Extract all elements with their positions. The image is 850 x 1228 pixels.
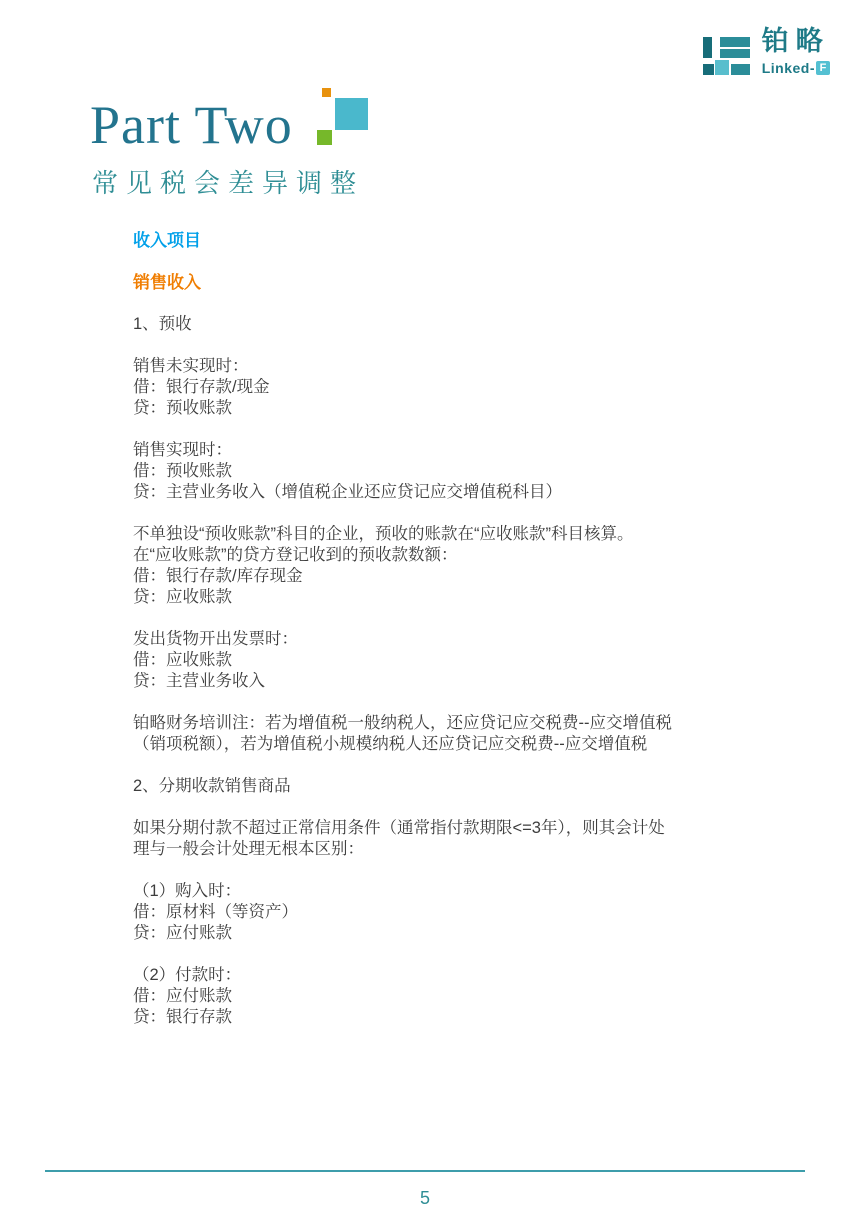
logo-shape [720, 37, 750, 47]
text-line: 如果分期付款不超过正常信用条件（通常指付款期限<=3年），则其会计处 [133, 818, 793, 839]
logo-shape [720, 49, 750, 58]
text-line: 贷：应收账款 [133, 587, 793, 608]
text-line: 销售未实现时： [133, 356, 793, 377]
section-heading: 销售收入 [133, 272, 793, 293]
document-body: 收入项目销售收入1、预收销售未实现时：借：银行存款/现金贷：预收账款销售实现时：… [133, 230, 793, 1049]
paragraph: 销售实现时：借：预收账款贷：主营业务收入（增值税企业还应贷记应交增值税科目） [133, 440, 793, 503]
paragraph: 如果分期付款不超过正常信用条件（通常指付款期限<=3年），则其会计处理与一般会计… [133, 818, 793, 860]
text-line: （1）购入时： [133, 881, 793, 902]
paragraph: （2）付款时：借：应付账款贷：银行存款 [133, 965, 793, 1028]
logo-shape [703, 64, 714, 75]
paragraph: 1、预收 [133, 314, 793, 335]
text-line: 销售实现时： [133, 440, 793, 461]
text-line: 不单独设“预收账款”科目的企业，预收的账款在“应收账款”科目核算。 [133, 524, 793, 545]
text-line: 贷：银行存款 [133, 1007, 793, 1028]
paragraph: 铂略财务培训注：若为增值税一般纳税人，还应贷记应交税费--应交增值税（销项税额）… [133, 713, 793, 755]
text-line: 收入项目 [133, 230, 793, 251]
section-heading: 收入项目 [133, 230, 793, 251]
text-line: 借：应收账款 [133, 650, 793, 671]
decorative-square-orange [322, 88, 331, 97]
decorative-square-green [317, 130, 332, 145]
brand-subname: Linked- F [762, 60, 830, 76]
text-line: 借：应付账款 [133, 986, 793, 1007]
logo-shape [703, 37, 712, 58]
text-line: 贷：主营业务收入（增值税企业还应贷记应交增值税科目） [133, 482, 793, 503]
text-line: 在“应收账款”的贷方登记收到的预收款数额： [133, 545, 793, 566]
decorative-square-cyan [335, 98, 368, 130]
text-line: （销项税额），若为增值税小规模纳税人还应贷记应交税费--应交增值税 [133, 734, 793, 755]
text-line: 销售收入 [133, 272, 793, 293]
brand-name: 铂略 [762, 27, 830, 57]
paragraph: 销售未实现时：借：银行存款/现金贷：预收账款 [133, 356, 793, 419]
text-line: 1、预收 [133, 314, 793, 335]
page-subtitle: 常见税会差异调整 [92, 163, 364, 200]
text-line: 借：银行存款/现金 [133, 377, 793, 398]
text-line: 2、分期收款销售商品 [133, 776, 793, 797]
text-line: 贷：主营业务收入 [133, 671, 793, 692]
logo-shape [731, 64, 750, 75]
text-line: 发出货物开出发票时： [133, 629, 793, 650]
brand-logo-text: 铂略 Linked- F [762, 27, 830, 76]
page-title: Part Two [90, 98, 293, 152]
brand-badge-letter: F [816, 61, 830, 75]
text-line: 贷：应付账款 [133, 923, 793, 944]
text-line: 借：银行存款/库存现金 [133, 566, 793, 587]
text-line: 借：原材料（等资产） [133, 902, 793, 923]
footer-divider [45, 1170, 805, 1172]
brand-subname-text: Linked- [762, 60, 815, 76]
text-line: 铂略财务培训注：若为增值税一般纳税人，还应贷记应交税费--应交增值税 [133, 713, 793, 734]
page-number: 5 [0, 1188, 850, 1209]
document-page: 铂略 Linked- F Part Two 常见税会差异调整 收入项目销售收入1… [0, 0, 850, 1228]
paragraph: 2、分期收款销售商品 [133, 776, 793, 797]
brand-logo-icon [697, 27, 751, 81]
text-line: 借：预收账款 [133, 461, 793, 482]
text-line: 贷：预收账款 [133, 398, 793, 419]
paragraph: 发出货物开出发票时：借：应收账款贷：主营业务收入 [133, 629, 793, 692]
brand-logo: 铂略 Linked- F [697, 27, 830, 81]
logo-shape [715, 60, 729, 75]
paragraph: 不单独设“预收账款”科目的企业，预收的账款在“应收账款”科目核算。在“应收账款”… [133, 524, 793, 608]
text-line: （2）付款时： [133, 965, 793, 986]
paragraph: （1）购入时：借：原材料（等资产）贷：应付账款 [133, 881, 793, 944]
text-line: 理与一般会计处理无根本区别： [133, 839, 793, 860]
